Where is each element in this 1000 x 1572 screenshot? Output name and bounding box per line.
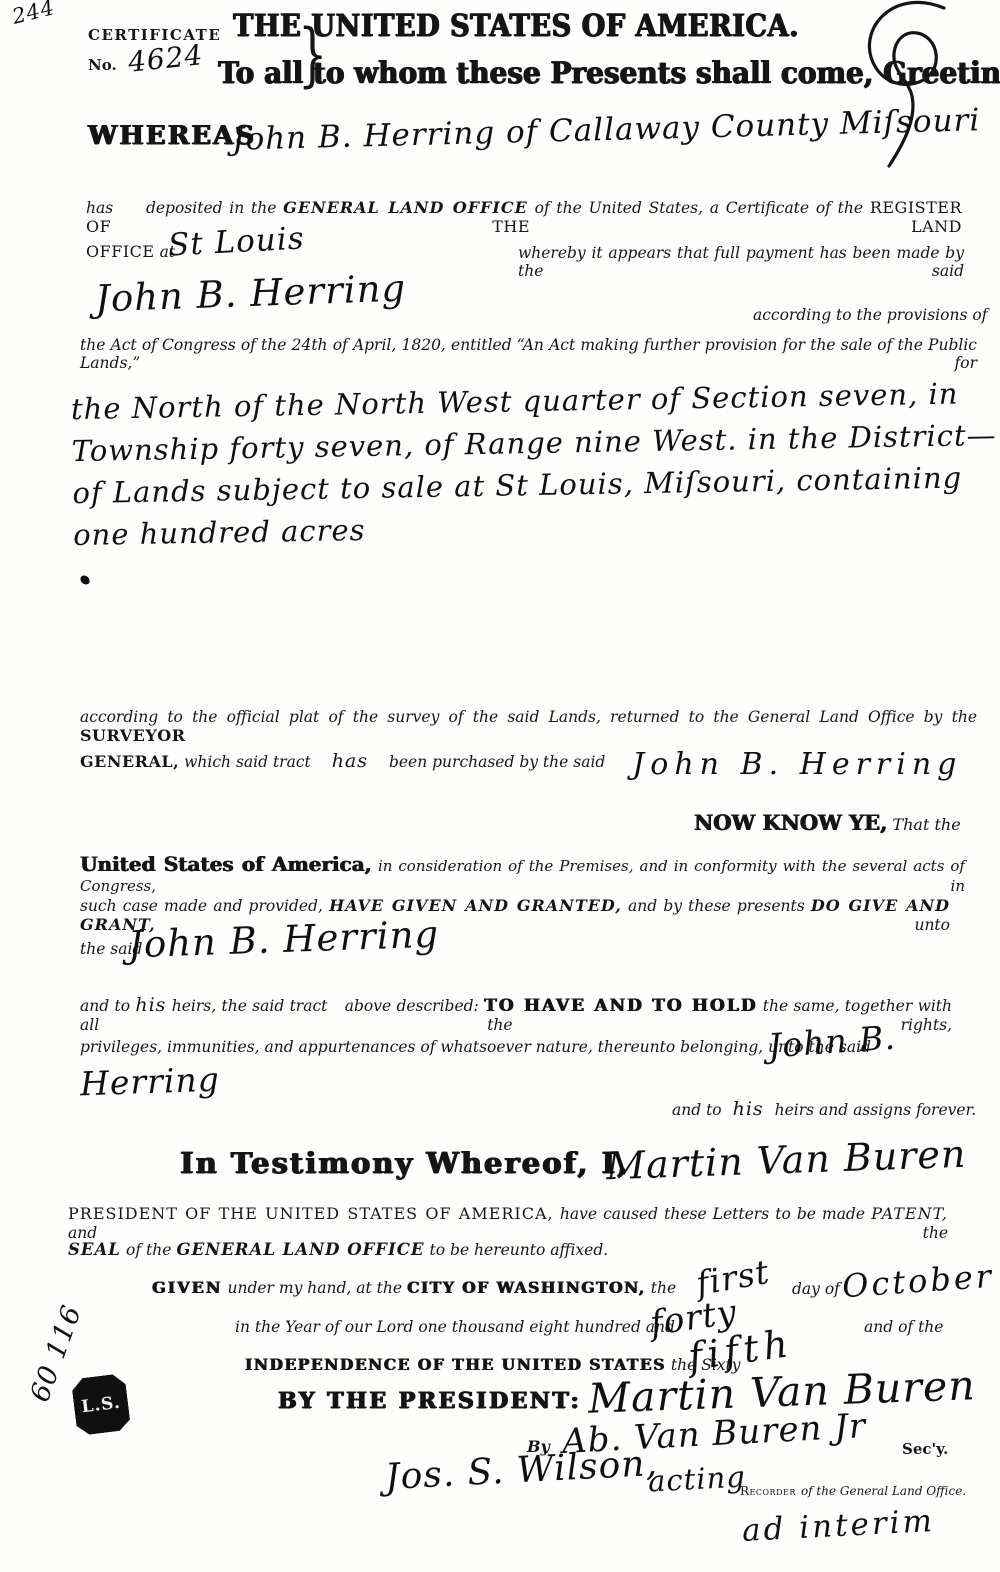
and-to-text: and to [80, 997, 130, 1015]
recorder-rest: of the General Land Office. [801, 1484, 966, 1498]
certificate-no-label: No. [88, 56, 117, 74]
given-line: GIVEN under my hand, at the CITY OF WASH… [152, 1278, 676, 1297]
independence-text: INDEPENDENCE OF THE UNITED STATES [245, 1355, 666, 1374]
year-line: in the Year of our Lord one thousand eig… [235, 1318, 675, 1336]
of-the-text: of the [126, 1241, 171, 1259]
secy-label: Sec'y. [902, 1440, 948, 1458]
given-word: GIVEN [152, 1278, 222, 1297]
surveyor-general-line: GENERAL, which said tract has been purch… [80, 750, 962, 774]
general-word: GENERAL, [80, 752, 179, 771]
certificate-of-text: of the United States, a Certificate of t… [535, 199, 863, 217]
by-president-label: BY THE PRESIDENT: [278, 1388, 581, 1414]
ls-seal: L.S. [71, 1373, 132, 1436]
purchaser-name-handwritten: John B. Herring [632, 756, 962, 774]
document-title: THE UNITED STATES OF AMERICA. [233, 8, 799, 44]
ls-seal-text: L.S. [80, 1392, 122, 1417]
which-tract-text: which said tract [184, 753, 311, 771]
general-land-office-text: GENERAL LAND OFFICE [283, 198, 528, 217]
privileges-line: privileges, immunities, and appurtenance… [80, 1038, 871, 1056]
caused-text: have caused these Letters to be made [560, 1205, 865, 1223]
acting-handwritten: acting [647, 1459, 746, 1498]
president-name-handwritten: Martin Van Buren [605, 1132, 967, 1189]
patent-text: PATENT, [871, 1204, 948, 1223]
purchased-text: been purchased by the said [389, 753, 605, 771]
that-the-text: That the [892, 815, 960, 834]
his-handwritten: his [135, 994, 166, 1016]
to-have-hold-text: TO HAVE AND TO HOLD [484, 996, 757, 1016]
recorder-title: Recorder of the General Land Office. [740, 1480, 966, 1499]
now-know-ye-text: NOW KNOW YE, [694, 810, 887, 835]
recorder-signature: Jos. S. Wilson, [384, 1443, 659, 1498]
seal-line: SEAL of the GENERAL LAND OFFICE to be he… [68, 1240, 608, 1259]
ink-blot [79, 574, 92, 587]
office-place-handwritten: St Louis [167, 220, 305, 263]
and-to-text-2: and to [672, 1101, 722, 1119]
according-provisions-line: according to the provisions of [753, 306, 987, 324]
unto-text: unto [914, 916, 950, 934]
act-of-congress-line: the Act of Congress of the 24th of April… [80, 336, 977, 372]
office-word: OFFICE [86, 242, 155, 261]
grantee-last-handwritten: Herring [79, 1060, 220, 1104]
above-described-text: above described: [345, 997, 479, 1015]
usa-text: United States of America, [80, 852, 372, 876]
presents-text: and by these presents [628, 897, 805, 915]
heirs-tract-text: heirs, the said tract [172, 997, 328, 1015]
general-land-office-text-2: GENERAL LAND OFFICE [176, 1240, 424, 1259]
president-of-text: PRESIDENT OF THE UNITED STATES OF AMERIC… [68, 1204, 554, 1223]
and-of-the-text: and of the [864, 1318, 943, 1336]
has-word: has [86, 199, 113, 217]
the-word: the [651, 1279, 676, 1297]
surveyor-word: SURVEYOR [80, 726, 186, 745]
ad-interim-handwritten: ad interim [741, 1503, 936, 1549]
seal-word: SEAL [68, 1240, 121, 1259]
plat-text: according to the official plat of the su… [80, 708, 977, 726]
now-know-ye-line: NOW KNOW YE, That the [694, 810, 961, 835]
land-description: the North of the North West quarter of S… [71, 372, 999, 556]
land-patent-document: 244 CERTIFICATE No. 4624 } THE UNITED ST… [0, 0, 1000, 1572]
whereby-line: whereby it appears that full payment has… [518, 244, 964, 280]
office-at-line: OFFICE at [86, 242, 175, 261]
margin-number-top: 244 [10, 0, 58, 29]
have-given-text: HAVE GIVEN AND GRANTED, [329, 896, 622, 915]
day-of-text: day of [792, 1280, 840, 1298]
recorder-word: Recorder [740, 1484, 796, 1498]
such-case-text: such case made and provided, [80, 897, 323, 915]
plat-line: according to the official plat of the su… [80, 708, 977, 745]
has-handwritten: has [332, 750, 368, 772]
president-line: PRESIDENT OF THE UNITED STATES OF AMERIC… [68, 1204, 948, 1242]
under-hand-text: under my hand, at the [227, 1279, 402, 1297]
forever-line: and to his heirs and assigns forever. [672, 1098, 976, 1120]
greeting-line: To all to whom these Presents shall come… [218, 56, 1000, 91]
in-testimony-line: In Testimony Whereof, I, [180, 1146, 629, 1180]
deposited-text: deposited in the [146, 199, 276, 217]
payer-name-handwritten: John B. Herring [94, 267, 406, 321]
certificate-number: 4624 [126, 38, 204, 79]
grantee-first-handwritten: John B. [767, 1018, 897, 1066]
city-washington-text: CITY OF WASHINGTON, [407, 1278, 646, 1297]
affixed-text: to be hereunto affixed. [430, 1241, 609, 1259]
forever-text: heirs and assigns forever. [775, 1101, 977, 1119]
usa-line: United States of America, in considerati… [80, 852, 965, 895]
month-handwritten: October [841, 1257, 995, 1306]
his-handwritten-2: his [733, 1098, 764, 1120]
